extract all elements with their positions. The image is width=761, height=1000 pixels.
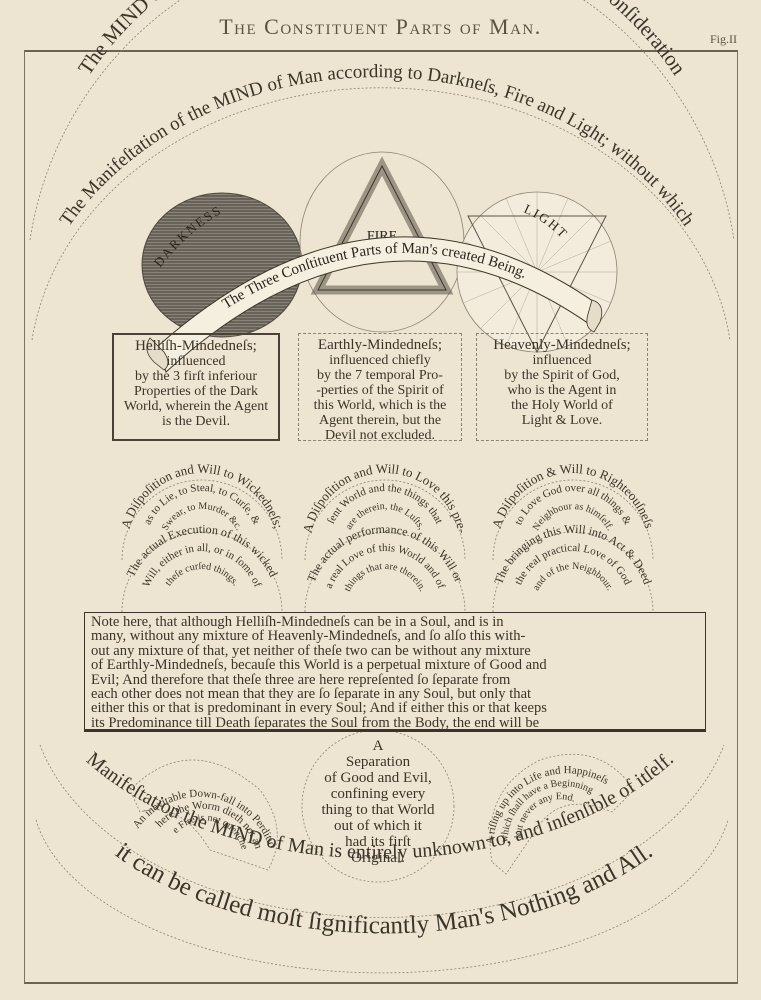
box-line: by the Spirit of God, (481, 368, 643, 383)
box-line: by the 7 temporal Pro- (303, 368, 457, 383)
earthly-disposition-inner: are therein, the Luſts, (343, 501, 426, 532)
box-line: Devil not excluded. (303, 428, 457, 443)
heavenly-mindedness-box: Heavenly-Mindedneſs; influenced by the S… (476, 333, 648, 441)
box-line: Light & Love. (481, 413, 643, 428)
box-line: influenced (481, 353, 643, 368)
note-line: Note here, that although Helliſh-Mindedn… (91, 615, 699, 629)
separation-circle: A Separation of Good and Evil, confining… (300, 738, 456, 874)
separation-line: Separation (300, 754, 456, 770)
box-line: the Holy World of (481, 398, 643, 413)
box-line: -perties of the Spirit of (303, 383, 457, 398)
note-line: of Earthly-Mindedneſs, becauſe this Worl… (91, 658, 699, 672)
separation-line: out of which it (300, 818, 456, 834)
heavenly-act-inner: and of the Neighbour. (531, 561, 615, 593)
box-line: Properties of the Dark (118, 384, 274, 399)
note-line: its Predominance till Death ſeparates th… (91, 716, 699, 730)
separation-line: of Good and Evil, (300, 770, 456, 786)
separation-line: Original. (300, 850, 456, 866)
earthly-mindedness-box: Earthly-Mindedneſs; influenced chiefly b… (298, 333, 462, 441)
note-box: Note here, that although Helliſh-Mindedn… (84, 612, 706, 732)
hellish-execution-inner: theſe curſed things. (163, 561, 241, 588)
box-heading: Earthly-Mindedneſs; (303, 338, 457, 353)
note-line: Evil; And therefore that theſe three are… (91, 673, 699, 687)
box-line: influenced (118, 354, 274, 369)
box-line: by the 3 firſt inferiour (118, 369, 274, 384)
hellish-mindedness-box: Helliſh-Mindedneſs; influenced by the 3 … (112, 333, 280, 441)
box-heading: Heavenly-Mindedneſs; (481, 338, 643, 353)
note-line: either this or that is predominant in ev… (91, 701, 699, 715)
box-heading: Helliſh-Mindedneſs; (118, 339, 274, 354)
inner-top-arc-text: The Manifeſtation of the MIND of Man acc… (56, 61, 699, 230)
note-line: each other does not mean that they are ſ… (91, 687, 699, 701)
fire-triangle-icon (318, 166, 446, 290)
earthly-disposition-outer: A Diſpoſition and Will to Love this pre- (300, 461, 471, 535)
separation-line: thing to that World (300, 802, 456, 818)
separation-line: A (300, 738, 456, 754)
note-line: out any mixture of that, yet neither of … (91, 644, 699, 658)
box-line: this World, which is the (303, 398, 457, 413)
separation-line: had its firſt (300, 834, 456, 850)
box-line: is the Devil. (118, 414, 274, 429)
separation-line: confining every (300, 786, 456, 802)
note-line: many, without any mixture of Heavenly-Mi… (91, 629, 699, 643)
box-line: who is the Agent in (481, 383, 643, 398)
box-line: Agent therein, but the (303, 413, 457, 428)
earthly-performance-inner: things that are therein. (342, 561, 428, 593)
box-line: influenced chiefly (303, 353, 457, 368)
box-line: World, wherein the Agent (118, 399, 274, 414)
